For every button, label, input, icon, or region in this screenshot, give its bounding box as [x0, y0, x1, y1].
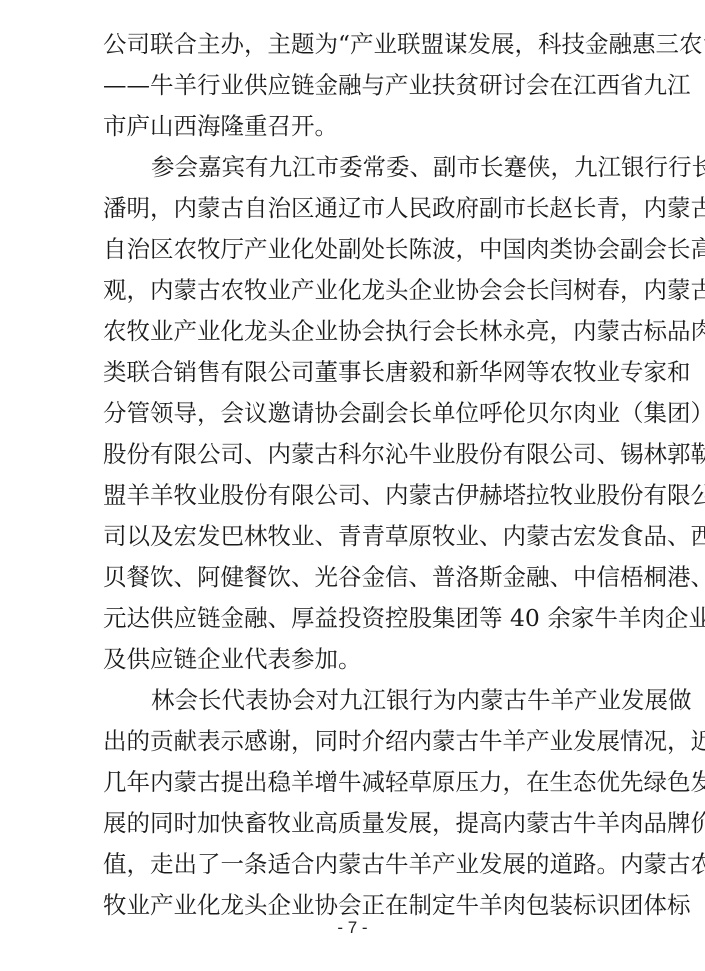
text-line: 展的同时加快畜牧业高质量发展，提高内蒙古牛羊肉品牌价 [103, 803, 615, 844]
text-line: 及供应链企业代表参加。 [103, 639, 615, 680]
text-line: 农牧业产业化龙头企业协会执行会长林永亮，内蒙古标品肉 [103, 311, 615, 352]
text-line: 司以及宏发巴林牧业、青青草原牧业、内蒙古宏发食品、西 [103, 516, 615, 557]
text-line: 股份有限公司、内蒙古科尔沁牛业股份有限公司、锡林郭勒 [103, 434, 615, 475]
text-line: 值，走出了一条适合内蒙古牛羊产业发展的道路。内蒙古农 [103, 844, 615, 885]
text-line: 潘明，内蒙古自治区通辽市人民政府副市长赵长青，内蒙古 [103, 188, 615, 229]
document-body: 公司联合主办，主题为“产业联盟谋发展，科技金融惠三农” ——牛羊行业供应链金融与… [103, 24, 615, 926]
text-line: 几年内蒙古提出稳羊增牛减轻草原压力，在生态优先绿色发 [103, 762, 615, 803]
text-line: 市庐山西海隆重召开。 [103, 106, 615, 147]
page-number: - 7 - [0, 918, 705, 938]
text-line: 自治区农牧厅产业化处副处长陈波，中国肉类协会副会长高 [103, 229, 615, 270]
text-line: 公司联合主办，主题为“产业联盟谋发展，科技金融惠三农” [103, 24, 615, 65]
text-line: 元达供应链金融、厚益投资控股集团等 40 余家牛羊肉企业 [103, 598, 615, 639]
text-line: 贝餐饮、阿健餐饮、光谷金信、普洛斯金融、中信梧桐港、 [103, 557, 615, 598]
text-line: 观，内蒙古农牧业产业化龙头企业协会会长闫树春，内蒙古 [103, 270, 615, 311]
text-line: ——牛羊行业供应链金融与产业扶贫研讨会在江西省九江 [103, 65, 615, 106]
text-line: 盟羊羊牧业股份有限公司、内蒙古伊赫塔拉牧业股份有限公 [103, 475, 615, 516]
text-line: 林会长代表协会对九江银行为内蒙古牛羊产业发展做 [103, 680, 615, 721]
text-line: 类联合销售有限公司董事长唐毅和新华网等农牧业专家和 [103, 352, 615, 393]
text-line: 出的贡献表示感谢，同时介绍内蒙古牛羊产业发展情况，近 [103, 721, 615, 762]
text-line: 参会嘉宾有九江市委常委、副市长蹇侠，九江银行行长 [103, 147, 615, 188]
text-line: 分管领导，会议邀请协会副会长单位呼伦贝尔肉业（集团） [103, 393, 615, 434]
